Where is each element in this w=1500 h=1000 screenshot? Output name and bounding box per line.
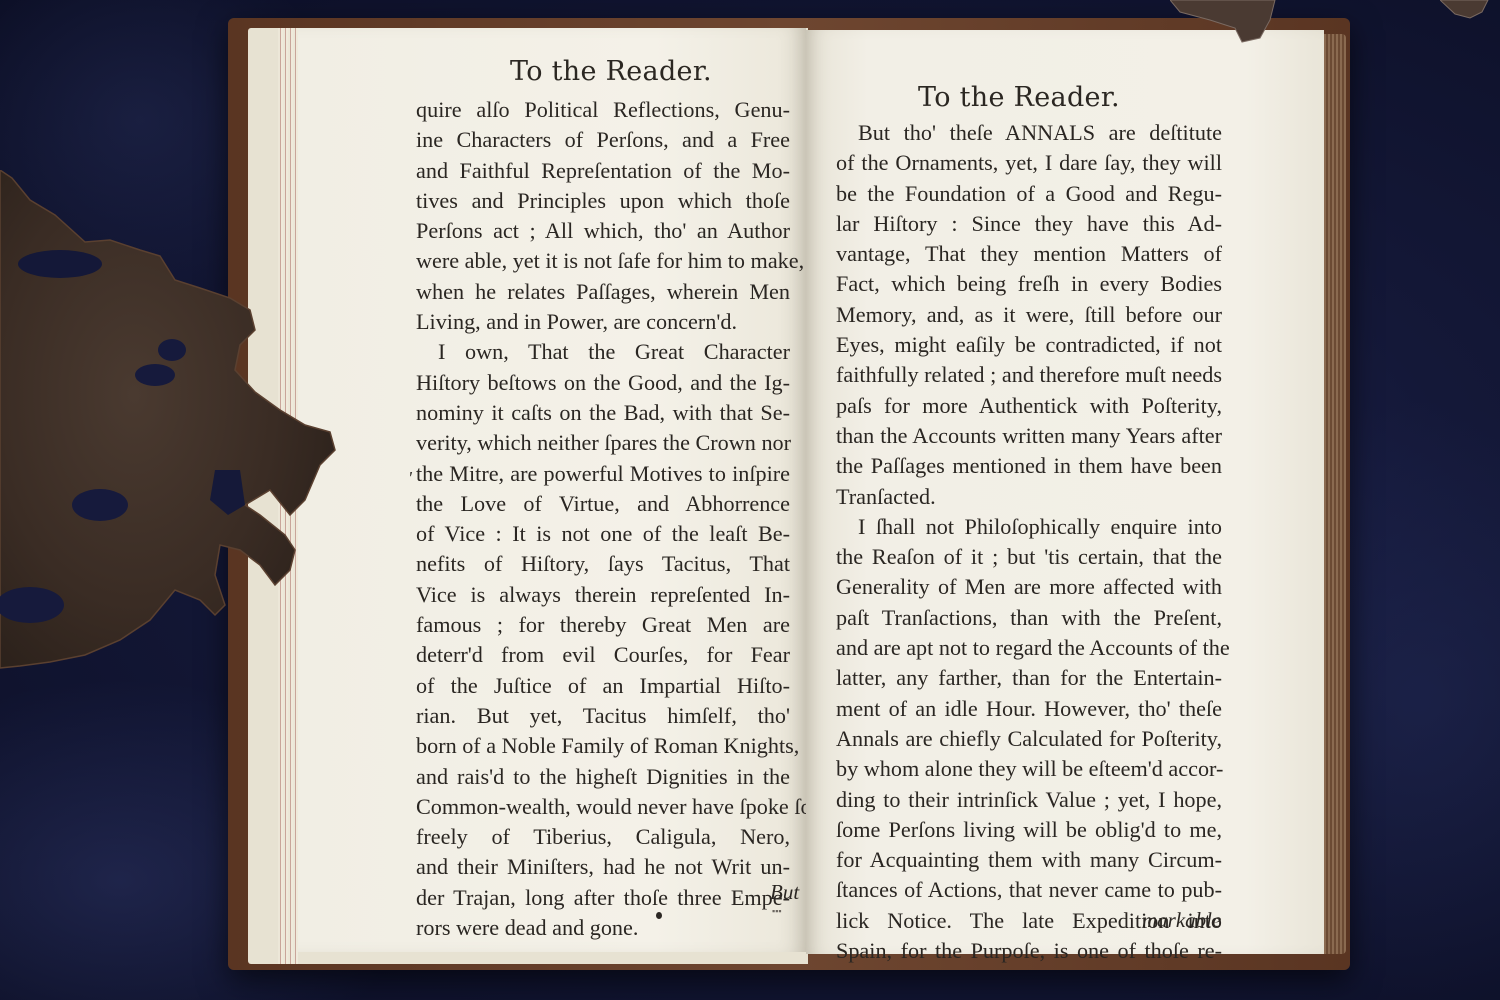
right-running-head: To the Reader. [918,82,1120,113]
right-catchword: markable [1142,908,1221,933]
text-line: ment of an idle Hour. However, tho' theſ… [836,694,1222,724]
text-line: nominy it caſts on the Bad, with that Se… [416,398,790,428]
right-page: To the Reader. But tho' theſe ANNALS are… [806,30,1324,954]
text-line: born of a Noble Family of Roman Knights, [416,731,790,761]
text-line: faithfully related ; and therefore muſt … [836,360,1222,390]
text-line: were able, yet it is not ſafe for him to… [416,246,790,276]
metal-book-weight-top [1170,0,1280,45]
text-line: ine Characters of Perſons, and a Free [416,125,790,155]
ink-spot [656,912,662,919]
text-line: Memory, and, as it were, ſtill before ou… [836,300,1222,330]
weight-cutout [72,489,128,521]
text-line: ſtances of Actions, that never came to p… [836,875,1222,905]
text-line: Spain, for the Purpoſe, is one of thoſe … [836,936,1222,966]
weight-cutout [135,364,175,386]
text-line: deterr'd from evil Courſes, for Fear [416,640,790,670]
right-page-text: But tho' theſe ANNALS are deſtitute of t… [836,118,1222,966]
text-line: Perſons act ; All which, tho' an Author [416,216,790,246]
text-line: and their Miniſters, had he not Writ un- [416,852,790,882]
text-line: Tranſacted. [836,482,1222,512]
text-line: Fact, which being freſh in every Bodies [836,269,1222,299]
left-page: To the Reader. quire alſo Political Refl… [298,28,806,952]
metal-book-weight-corner [1440,0,1500,22]
text-line: of Vice : It is not one of the leaſt Be- [416,519,790,549]
weight-cutout [158,339,186,361]
text-line: the Love of Virtue, and Abhorrence [416,489,790,519]
text-line: and are apt not to regard the Accounts o… [836,633,1222,663]
signature-mark: ▪▪▪ [772,906,782,916]
left-page-text: quire alſo Political Reflections, Genu- … [416,95,790,943]
metal-book-weight-left [0,170,340,670]
text-line: latter, any farther, than for the Entert… [836,663,1222,693]
text-line: the Mitre, are powerful Motives to inſpi… [416,459,790,489]
text-line: paſt Tranſactions, than with the Preſent… [836,603,1222,633]
text-line: der Trajan, long after thoſe three Empe- [416,883,790,913]
text-line: quire alſo Political Reflections, Genu- [416,95,790,125]
text-line: vantage, That they mention Matters of [836,239,1222,269]
left-catchword: But [770,880,799,905]
text-line: I ſhall not Philoſophically enquire into [836,512,1222,542]
text-line: of the Ornaments, yet, I dare ſay, they … [836,148,1222,178]
text-line: for Acquainting them with many Circum- [836,845,1222,875]
text-line: and rais'd to the higheſt Dignities in t… [416,762,790,792]
text-line: rors were dead and gone. [416,913,790,943]
text-line: Eyes, might eaſily be contradicted, if n… [836,330,1222,360]
text-line: Common-wealth, would never have ſpoke ſo [416,792,790,822]
text-line: freely of Tiberius, Caligula, Nero, [416,822,790,852]
text-line: the Reaſon of it ; but 'tis certain, tha… [836,542,1222,572]
text-line: Vice is always therein repreſented In- [416,580,790,610]
text-line: than the Accounts written many Years aft… [836,421,1222,451]
text-line: and Faithful Repreſentation of the Mo- [416,156,790,186]
text-line: Annals are chiefly Calculated for Poſter… [836,724,1222,754]
text-line: by whom alone they will be eſteem'd acco… [836,754,1222,784]
text-line: famous ; for thereby Great Men are [416,610,790,640]
text-line: nefits of Hiſtory, ſays Tacitus, That [416,549,790,579]
weight-cutout [18,250,102,278]
text-line: when he relates Paſſages, wherein Men [416,277,790,307]
text-line: tives and Principles upon which thoſe [416,186,790,216]
text-line: ding to their intrinſick Value ; yet, I … [836,785,1222,815]
text-line: the Paſſages mentioned in them have been [836,451,1222,481]
text-line: But tho' theſe ANNALS are deſtitute [836,118,1222,148]
text-line: rian. But yet, Tacitus himſelf, tho' [416,701,790,731]
text-line: be the Foundation of a Good and Regu- [836,179,1222,209]
text-line: lar Hiſtory : Since they have this Ad- [836,209,1222,239]
text-line: of the Juſtice of an Impartial Hiſto- [416,671,790,701]
text-line: ſome Perſons living will be oblig'd to m… [836,815,1222,845]
text-line: I own, That the Great Character [416,337,790,367]
margin-mark: ' [408,468,412,489]
text-line: verity, which neither ſpares the Crown n… [416,428,790,458]
text-line: Living, and in Power, are concern'd. [416,307,790,337]
text-line: Hiſtory beſtows on the Good, and the Ig- [416,368,790,398]
text-line: Generality of Men are more affected with [836,572,1222,602]
left-running-head: To the Reader. [510,56,712,87]
text-line: paſs for more Authentick with Poſterity, [836,391,1222,421]
